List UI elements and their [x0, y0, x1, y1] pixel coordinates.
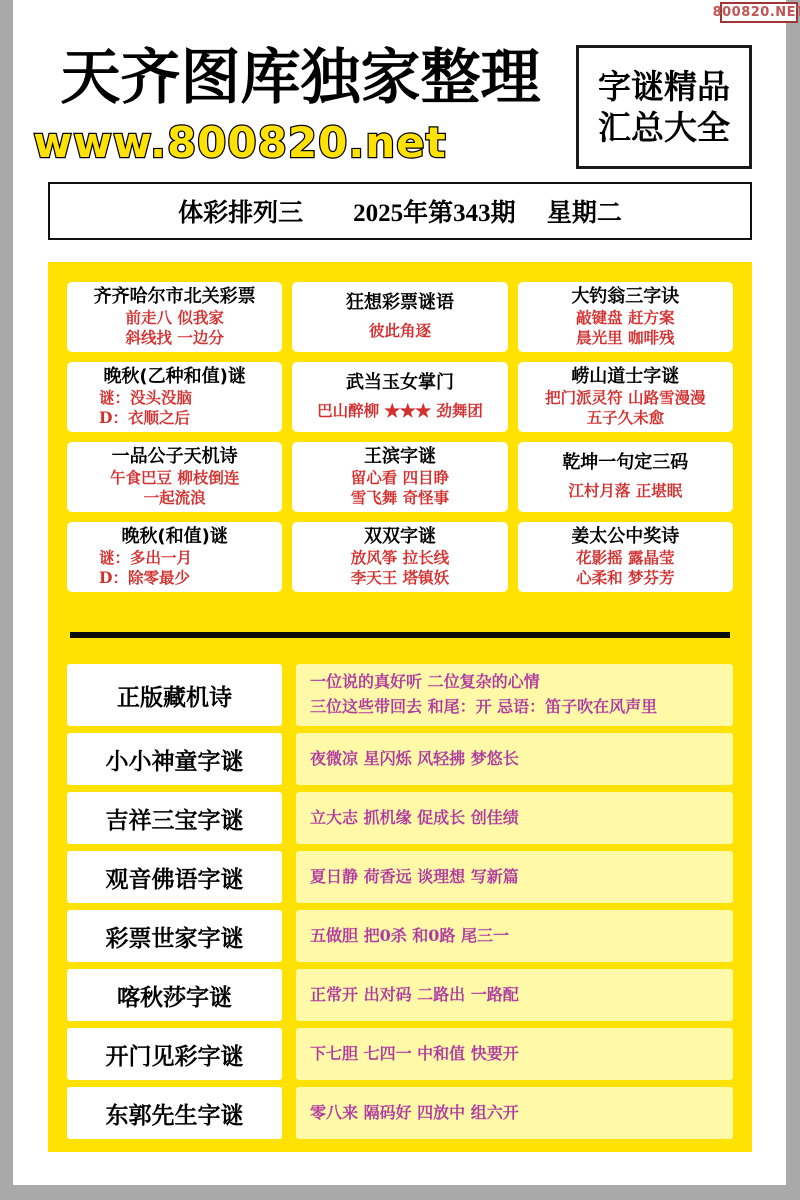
right-gray-edge	[786, 0, 800, 1200]
puzzle-card: 齐齐哈尔市北关彩票前走八 似我家斜线找 一边分	[67, 282, 282, 352]
riddle-text-line: 立大志 抓机缘 促成长 创佳绩	[310, 806, 719, 831]
riddle-text-box: 夜微凉 星闪烁 风轻拂 梦悠长	[296, 733, 733, 785]
riddle-text-box: 夏日静 荷香远 谈理想 写新篇	[296, 851, 733, 903]
puzzle-card-line: D：衣顺之后	[71, 409, 278, 428]
puzzle-card: 晚秋(和值)谜谜：多出一月D：除零最少	[67, 522, 282, 592]
puzzle-card-line: 彼此角逐	[296, 322, 503, 341]
riddle-title-box: 正版藏机诗	[67, 664, 282, 726]
riddle-text-line: 夏日静 荷香远 谈理想 写新篇	[310, 865, 719, 890]
riddle-row: 开门见彩字谜下七胆 七四一 中和值 快要开	[67, 1028, 733, 1080]
riddle-text-box: 零八来 隔码好 四放中 组六开	[296, 1087, 733, 1139]
badge-line-1: 字谜精品	[598, 70, 730, 103]
page-title: 天齐图库独家整理	[48, 46, 553, 111]
riddle-text-box: 正常开 出对码 二路出 一路配	[296, 969, 733, 1021]
riddle-row: 正版藏机诗一位说的真好听 二位复杂的心情三位这些带回去 和尾：开 忌语：笛子吹在…	[67, 664, 733, 726]
riddle-title-box: 开门见彩字谜	[67, 1028, 282, 1080]
puzzle-card-title: 王滨字谜	[296, 447, 503, 468]
puzzle-card: 一品公子天机诗午食巴豆 柳枝倒连一起流浪	[67, 442, 282, 512]
riddle-text-box: 五做胆 把0杀 和0路 尾三一	[296, 910, 733, 962]
section-divider	[70, 632, 730, 638]
puzzle-card-line: 把门派灵符 山路雪漫漫	[522, 389, 729, 408]
puzzle-card-title: 乾坤一句定三码	[522, 453, 729, 474]
content-panel: 齐齐哈尔市北关彩票前走八 似我家斜线找 一边分狂想彩票谜语彼此角逐大钓翁三字诀敲…	[48, 262, 752, 1152]
puzzle-card-line: 心柔和 梦芬芳	[522, 569, 729, 588]
puzzle-card: 狂想彩票谜语彼此角逐	[292, 282, 507, 352]
puzzle-grid: 齐齐哈尔市北关彩票前走八 似我家斜线找 一边分狂想彩票谜语彼此角逐大钓翁三字诀敲…	[67, 282, 733, 592]
riddle-row: 小小神童字谜夜微凉 星闪烁 风轻拂 梦悠长	[67, 733, 733, 785]
issue-banner: 体彩排列三 2025年第343期 星期二	[48, 182, 752, 240]
riddle-row: 东郭先生字谜零八来 隔码好 四放中 组六开	[67, 1087, 733, 1139]
puzzle-card-line: 敲键盘 赶方案	[522, 309, 729, 328]
puzzle-card-title: 一品公子天机诗	[71, 447, 278, 468]
puzzle-card: 王滨字谜留心看 四目睁雪飞舞 奇怪事	[292, 442, 507, 512]
riddle-text-box: 下七胆 七四一 中和值 快要开	[296, 1028, 733, 1080]
puzzle-card: 崂山道士字谜把门派灵符 山路雪漫漫五子久未愈	[518, 362, 733, 432]
puzzle-card: 双双字谜放风筝 拉长线李天王 塔镇妖	[292, 522, 507, 592]
riddle-text-box: 立大志 抓机缘 促成长 创佳绩	[296, 792, 733, 844]
riddle-text-line: 夜微凉 星闪烁 风轻拂 梦悠长	[310, 747, 719, 772]
riddle-row: 喀秋莎字谜正常开 出对码 二路出 一路配	[67, 969, 733, 1021]
riddle-text-line: 零八来 隔码好 四放中 组六开	[310, 1101, 719, 1126]
puzzle-card-line: 斜线找 一边分	[71, 329, 278, 348]
puzzle-card-line: 花影摇 露晶莹	[522, 549, 729, 568]
site-url-link[interactable]: www.800820.net	[30, 118, 450, 167]
riddle-text-box: 一位说的真好听 二位复杂的心情三位这些带回去 和尾：开 忌语：笛子吹在风声里	[296, 664, 733, 726]
puzzle-card-line: 巴山醉柳 ★★★ 劲舞团	[296, 402, 503, 421]
puzzle-card-title: 双双字谜	[296, 527, 503, 548]
badge-box: 字谜精品 汇总大全	[576, 45, 752, 169]
puzzle-card-title: 崂山道士字谜	[522, 367, 729, 388]
puzzle-card-title: 大钓翁三字诀	[522, 287, 729, 308]
bottom-gray-bar	[0, 1185, 800, 1200]
riddle-row: 观音佛语字谜夏日静 荷香远 谈理想 写新篇	[67, 851, 733, 903]
puzzle-card-title: 晚秋(和值)谜	[71, 527, 278, 548]
puzzle-card-line: 午食巴豆 柳枝倒连	[71, 469, 278, 488]
puzzle-card-line: 谜：多出一月	[71, 549, 278, 568]
riddle-title-box: 小小神童字谜	[67, 733, 282, 785]
puzzle-card-line: 一起流浪	[71, 489, 278, 508]
riddle-text-line: 正常开 出对码 二路出 一路配	[310, 983, 719, 1008]
puzzle-card-title: 晚秋(乙种和值)谜	[71, 367, 278, 388]
puzzle-card-line: 前走八 似我家	[71, 309, 278, 328]
riddle-text-line: 下七胆 七四一 中和值 快要开	[310, 1042, 719, 1067]
left-gray-edge	[0, 0, 13, 1200]
puzzle-card-line: 李天王 塔镇妖	[296, 569, 503, 588]
puzzle-card: 大钓翁三字诀敲键盘 赶方案晨光里 咖啡残	[518, 282, 733, 352]
puzzle-card-title: 武当玉女掌门	[296, 373, 503, 394]
puzzle-card-title: 姜太公中奖诗	[522, 527, 729, 548]
puzzle-card-title: 齐齐哈尔市北关彩票	[71, 287, 278, 308]
riddle-row: 彩票世家字谜五做胆 把0杀 和0路 尾三一	[67, 910, 733, 962]
puzzle-card: 乾坤一句定三码江村月落 正堪眠	[518, 442, 733, 512]
badge-line-2: 汇总大全	[598, 111, 730, 144]
puzzle-card-line: 五子久未愈	[522, 409, 729, 428]
puzzle-card-title: 狂想彩票谜语	[296, 293, 503, 314]
puzzle-card: 姜太公中奖诗花影摇 露晶莹心柔和 梦芬芳	[518, 522, 733, 592]
puzzle-card-line: 放风筝 拉长线	[296, 549, 503, 568]
puzzle-card: 晚秋(乙种和值)谜谜：没头没脑D：衣顺之后	[67, 362, 282, 432]
puzzle-card-line: D：除零最少	[71, 569, 278, 588]
riddle-title-box: 东郭先生字谜	[67, 1087, 282, 1139]
riddle-title-box: 喀秋莎字谜	[67, 969, 282, 1021]
riddle-text-line: 五做胆 把0杀 和0路 尾三一	[310, 924, 719, 949]
riddle-title-box: 彩票世家字谜	[67, 910, 282, 962]
riddle-text-line: 三位这些带回去 和尾：开 忌语：笛子吹在风声里	[310, 695, 719, 720]
watermark-badge: 800820.NET	[720, 2, 798, 23]
puzzle-card-line: 留心看 四目睁	[296, 469, 503, 488]
watermark-text: 800820.NET	[713, 5, 800, 20]
puzzle-card-line: 晨光里 咖啡残	[522, 329, 729, 348]
riddle-row: 吉祥三宝字谜立大志 抓机缘 促成长 创佳绩	[67, 792, 733, 844]
puzzle-card-line: 谜：没头没脑	[71, 389, 278, 408]
riddle-title-box: 观音佛语字谜	[67, 851, 282, 903]
puzzle-card-line: 江村月落 正堪眠	[522, 482, 729, 501]
issue-text: 体彩排列三 2025年第343期 星期二	[178, 193, 622, 229]
puzzle-card-line: 雪飞舞 奇怪事	[296, 489, 503, 508]
riddle-list: 正版藏机诗一位说的真好听 二位复杂的心情三位这些带回去 和尾：开 忌语：笛子吹在…	[67, 664, 733, 1139]
riddle-title-box: 吉祥三宝字谜	[67, 792, 282, 844]
puzzle-card: 武当玉女掌门巴山醉柳 ★★★ 劲舞团	[292, 362, 507, 432]
riddle-text-line: 一位说的真好听 二位复杂的心情	[310, 670, 719, 695]
page: 800820.NET 天齐图库独家整理 www.800820.net 字谜精品 …	[0, 0, 800, 1200]
